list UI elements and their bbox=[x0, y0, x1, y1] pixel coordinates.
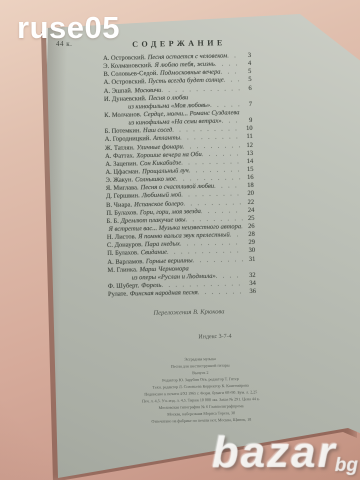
toc-entry-title: Форель bbox=[141, 282, 161, 289]
toc-entry-author: Э. Жакун. bbox=[106, 177, 134, 185]
dot-leader bbox=[224, 78, 240, 84]
toc-entry-author: Н. Листов. bbox=[107, 233, 137, 241]
dot-leader bbox=[183, 143, 241, 150]
toc-entry-page-number: 31 bbox=[243, 255, 255, 262]
dot-leader bbox=[227, 53, 239, 59]
toc-entry-title: Я люблю тебя, жизнь bbox=[154, 61, 214, 69]
dot-leader bbox=[181, 192, 242, 199]
toc-entry-title: Пара гнедых bbox=[145, 241, 180, 249]
toc-entry-author: А. Городницкий. bbox=[105, 135, 151, 143]
toc-entry-author: Б. Потемкин. bbox=[105, 127, 142, 135]
toc-entry-page-number: 5 bbox=[239, 76, 251, 83]
toc-entry-author: Б. Б. bbox=[106, 218, 118, 225]
toc-entry-page-number: 20 bbox=[242, 190, 254, 197]
seller-watermark: ruse05 bbox=[17, 10, 120, 46]
dot-leader bbox=[185, 216, 242, 223]
toc-entry-author: С. Донауров. bbox=[107, 241, 143, 249]
dot-leader bbox=[180, 240, 243, 247]
toc-entry-page-number: 10 bbox=[241, 125, 253, 132]
toc-entry-author: К. Молчанов. bbox=[104, 111, 141, 119]
toc-entry-author: В. Чиара. bbox=[106, 201, 132, 209]
arranger-credit: Переложения В. Крюкова bbox=[116, 307, 262, 317]
toc-entry-page-number: 18 bbox=[242, 182, 254, 189]
toc-entry-author: И. Дунаевский. bbox=[104, 95, 147, 103]
toc-entry-title: Свидание bbox=[141, 249, 167, 257]
bazar-logo-tld: bg bbox=[335, 455, 358, 476]
toc-entry-page-number: 5 bbox=[239, 68, 251, 75]
toc-entry-title: Москвичи bbox=[134, 86, 161, 94]
toc-entry-title: Сон Кикабидзе bbox=[140, 159, 182, 167]
dot-leader bbox=[216, 273, 244, 280]
toc-entry-page-number: 24 bbox=[242, 207, 254, 214]
toc-entry-author: Я. Миглава. bbox=[106, 185, 139, 193]
dot-leader bbox=[189, 167, 242, 174]
toc-entry-title: Солнышко мое bbox=[135, 176, 176, 184]
toc-entry-page-number: 7 bbox=[240, 101, 252, 108]
toc-entry-author: Д. Гершвин. bbox=[106, 193, 140, 201]
toc-entry-author: А. Цфасман. bbox=[105, 168, 140, 176]
toc-entry-author: П. Булахов. bbox=[107, 250, 139, 258]
dot-leader bbox=[201, 208, 243, 215]
toc-entry-page-number: 9 bbox=[240, 117, 252, 124]
toc-entry-title: Марш Черномора bbox=[140, 265, 189, 273]
listing-photo: 44 к. СОДЕРЖАНИЕ А. Островский. Песня ос… bbox=[0, 0, 360, 480]
dot-leader bbox=[222, 118, 241, 124]
toc-entry-page-number: 4 bbox=[239, 60, 251, 67]
toc-entry-title: Дремлют плакучие ивы bbox=[121, 216, 186, 224]
toc-entry-page-number: 25 bbox=[242, 215, 254, 222]
toc-entry-author: А. Островский. bbox=[103, 54, 146, 62]
toc-entry-page-number: 14 bbox=[241, 158, 253, 165]
toc-entry-page-number: 12 bbox=[241, 141, 253, 148]
toc-entry-author: А. Эшпай. bbox=[104, 87, 133, 95]
dot-leader bbox=[198, 289, 244, 296]
toc-entry-title: Атланты bbox=[153, 135, 180, 143]
toc-entry-author: А. Варламов. bbox=[107, 258, 144, 266]
toc-entry-title: Хорошие вечера на Оби bbox=[136, 151, 201, 159]
toc-entry-page-number: 6 bbox=[240, 84, 252, 91]
toc-entry-title: Прощальный луч bbox=[142, 167, 189, 175]
dot-leader bbox=[189, 269, 244, 270]
dot-leader bbox=[215, 61, 240, 68]
toc-entry-title: Испанское болеро bbox=[134, 200, 184, 208]
dot-leader bbox=[193, 257, 244, 264]
dot-leader bbox=[181, 159, 241, 166]
toc-entry-page-number: 29 bbox=[243, 239, 255, 246]
table-of-contents: А. Островский. Песня остается с человеко… bbox=[103, 52, 256, 299]
toc-entry-title: Гори, гори, моя звезда bbox=[140, 208, 201, 216]
toc-entry-author: А. Островский. bbox=[104, 79, 147, 87]
toc-entry-title: Песня остается с человеком bbox=[148, 52, 228, 61]
toc-entry-title: Пусть всегда будет солнце bbox=[148, 77, 224, 86]
dot-leader bbox=[180, 135, 241, 142]
dot-leader bbox=[172, 126, 240, 133]
toc-entry-page-number: 28 bbox=[243, 231, 255, 238]
toc-entry-page-number: 15 bbox=[241, 166, 253, 173]
toc-entry-page-number: 16 bbox=[242, 174, 254, 181]
toc-entry-title: Наш сосед bbox=[143, 127, 172, 135]
toc-entry-author: Ж. Татлян. bbox=[105, 144, 135, 152]
dot-leader bbox=[220, 69, 239, 75]
dot-leader bbox=[202, 151, 241, 158]
toc-entry-page-number: 30 bbox=[243, 247, 255, 254]
toc-entry-title: Любимый мой bbox=[142, 192, 182, 200]
toc-entry-title: Горные вершины bbox=[146, 257, 193, 265]
dot-leader bbox=[230, 232, 243, 238]
toc-entry-page-number: 34 bbox=[244, 280, 256, 287]
toc-entry-title: Финская народная песня bbox=[130, 289, 198, 297]
dot-leader bbox=[183, 200, 242, 207]
dot-leader bbox=[214, 183, 242, 190]
toc-entry-page-number: 26 bbox=[243, 223, 255, 230]
toc-entry-page-number: 22 bbox=[242, 198, 254, 205]
toc-entry-author: Э. Колмановский. bbox=[103, 62, 152, 70]
bazar-logo: bazarbg bbox=[212, 428, 360, 478]
dot-leader bbox=[188, 98, 240, 99]
colophon-block: Эстрадная музыкаПесни для шестиструнной … bbox=[95, 354, 307, 427]
dot-leader bbox=[210, 102, 240, 109]
toc-entry-page-number: 3 bbox=[239, 52, 251, 59]
toc-entry-author: М. Глинка. bbox=[107, 266, 137, 274]
dot-leader bbox=[176, 175, 242, 182]
toc-entry-author: Рулате. bbox=[108, 291, 128, 298]
toc-entry-page-number: 11 bbox=[241, 133, 253, 140]
toc-entry-page-number: 32 bbox=[244, 272, 256, 279]
contents-heading: СОДЕРЖАНИЕ bbox=[104, 38, 254, 50]
toc-entry-title: Уличные фонари bbox=[136, 143, 182, 151]
toc-entry-author: А. Фаттах. bbox=[105, 152, 134, 160]
bazar-logo-text: bazar bbox=[212, 428, 337, 477]
toc-entry-author: П. Булахов. bbox=[106, 209, 138, 217]
toc-entry-page-number: 36 bbox=[244, 288, 256, 295]
toc-entry-title: Песня о любви bbox=[148, 94, 188, 102]
index-label: Индекс 3-7-4 bbox=[150, 333, 280, 342]
toc-entry-author: А. Зацепин. bbox=[105, 160, 138, 168]
toc-entry-page-number: 13 bbox=[241, 150, 253, 157]
toc-entry-author: Ф. Шуберт. bbox=[108, 282, 139, 290]
toc-entry-title: Песня о счастливой любви bbox=[141, 183, 215, 192]
toc-entry: Рулате. Финская народная песня 36 bbox=[108, 288, 256, 299]
